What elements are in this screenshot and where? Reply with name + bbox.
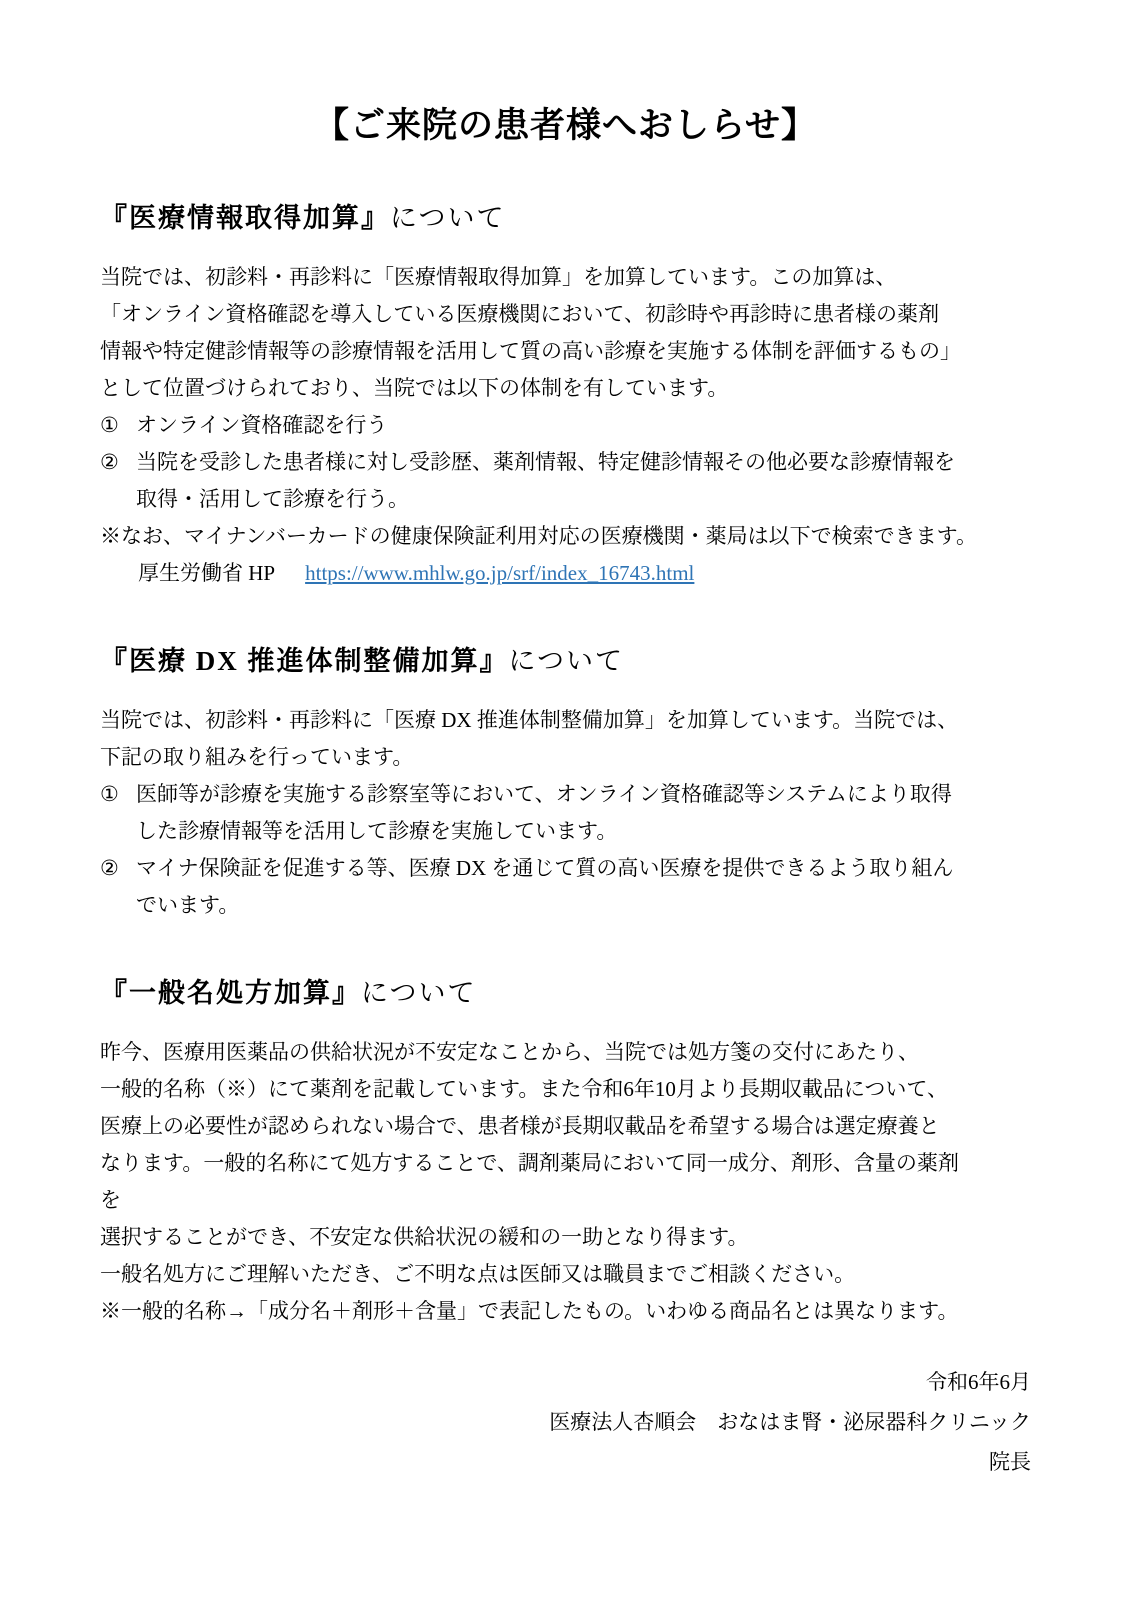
list-item-text: マイナ保険証を促進する等、医療 DX を通じて質の高い医療を提供できるよう取り組… (136, 850, 953, 924)
heading-suffix-text: について (390, 203, 505, 233)
section-medical-info-acquisition: 『医療情報取得加算』について 当院では、初診料・再診料に「医療情報取得加算」を加… (100, 201, 1031, 592)
circled-number: ① (100, 776, 136, 813)
list-item: ① 医師等が診療を実施する診察室等において、オンライン資格確認等システムにより取… (100, 776, 1031, 850)
mhlw-link-row: 厚生労働省 HPhttps://www.mhlw.go.jp/srf/index… (100, 555, 1031, 592)
section-generic-prescription: 『一般名処方加算』について 昨今、医療用医薬品の供給状況が不安定なことから、当院… (100, 976, 1031, 1330)
paragraph-line: でいます。 (136, 887, 953, 924)
paragraph-line: 一般的名称（※）にて薬剤を記載しています。また令和6年10月より長期収載品につい… (100, 1071, 1031, 1108)
paragraph-line: した診療情報等を活用して診療を実施しています。 (136, 813, 952, 850)
section-heading-medical-dx: 『医療 DX 推進体制整備加算』について (100, 644, 1031, 678)
paragraph-line: 医師等が診療を実施する診察室等において、オンライン資格確認等システムにより取得 (136, 776, 952, 813)
list-item-text: 医師等が診療を実施する診察室等において、オンライン資格確認等システムにより取得 … (136, 776, 952, 850)
section-heading-medical-info: 『医療情報取得加算』について (100, 201, 1031, 235)
paragraph-line: 当院では、初診料・再診料に「医療 DX 推進体制整備加算」を加算しています。当院… (100, 702, 1031, 739)
paragraph-line: 取得・活用して診療を行う。 (136, 481, 955, 518)
page-title: 【ご来院の患者様へおしらせ】 (100, 103, 1031, 149)
note-text: ※なお、マイナンバーカードの健康保険証利用対応の医療機関・薬局は以下で検索できま… (100, 518, 1031, 555)
section-body: 昨今、医療用医薬品の供給状況が不安定なことから、当院では処方箋の交付にあたり、 … (100, 1034, 1031, 1330)
paragraph-line: オンライン資格確認を行う (136, 407, 387, 444)
paragraph-line: なります。一般的名称にて処方することで、調剤薬局において同一成分、剤形、含量の薬… (100, 1145, 1031, 1182)
list-item: ① オンライン資格確認を行う (100, 407, 1031, 444)
section-medical-dx: 『医療 DX 推進体制整備加算』について 当院では、初診料・再診料に「医療 DX… (100, 644, 1031, 924)
paragraph-line: 当院では、初診料・再診料に「医療情報取得加算」を加算しています。この加算は、 (100, 259, 1031, 296)
circled-number: ① (100, 407, 136, 444)
circled-number: ② (100, 850, 136, 887)
heading-suffix-text: について (361, 978, 476, 1008)
heading-bracket-text: 『一般名処方加算』 (100, 978, 361, 1008)
list-item: ② マイナ保険証を促進する等、医療 DX を通じて質の高い医療を提供できるよう取… (100, 850, 1031, 924)
paragraph-line: 下記の取り組みを行っています。 (100, 739, 1031, 776)
circled-number: ② (100, 444, 136, 481)
paragraph-line: 情報や特定健診情報等の診療情報を活用して質の高い診療を実施する体制を評価するもの… (100, 333, 1031, 370)
organization-line: 医療法人杏順会 おなはま腎・泌尿器科クリニック (549, 1402, 1031, 1442)
paragraph-line: として位置づけられており、当院では以下の体制を有しています。 (100, 370, 1031, 407)
heading-bracket-text: 『医療情報取得加算』 (100, 203, 390, 233)
list-item: ② 当院を受診した患者様に対し受診歴、薬剤情報、特定健診情報その他必要な診療情報… (100, 444, 1031, 518)
section-intro: 当院では、初診料・再診料に「医療 DX 推進体制整備加算」を加算しています。当院… (100, 702, 1031, 776)
list-item-text: 当院を受診した患者様に対し受診歴、薬剤情報、特定健診情報その他必要な診療情報を … (136, 444, 955, 518)
paragraph-line: 「オンライン資格確認を導入している医療機関において、初診時や再診時に患者様の薬剤 (100, 296, 1031, 333)
paragraph-line: 当院を受診した患者様に対し受診歴、薬剤情報、特定健診情報その他必要な診療情報を (136, 444, 955, 481)
link-label: 厚生労働省 HP (138, 561, 275, 585)
paragraph-line: マイナ保険証を促進する等、医療 DX を通じて質の高い医療を提供できるよう取り組… (136, 850, 953, 887)
paragraph-line: 一般名処方にご理解いただき、ご不明な点は医師又は職員までご相談ください。 (100, 1256, 1031, 1293)
paragraph-line: 昨今、医療用医薬品の供給状況が不安定なことから、当院では処方箋の交付にあたり、 (100, 1034, 1031, 1071)
heading-suffix-text: について (509, 646, 624, 676)
section-intro: 当院では、初診料・再診料に「医療情報取得加算」を加算しています。この加算は、 「… (100, 259, 1031, 407)
paragraph-line: ※一般的名称→「成分名＋剤形＋含量」で表記したもの。いわゆる商品名とは異なります… (100, 1293, 1031, 1330)
paragraph-line: 選択することができ、不安定な供給状況の緩和の一助となり得ます。 (100, 1219, 1031, 1256)
signature-block: 令和6年6月 医療法人杏順会 おなはま腎・泌尿器科クリニック 院長 (549, 1362, 1031, 1482)
section-heading-generic-prescription: 『一般名処方加算』について (100, 976, 1031, 1010)
mhlw-link[interactable]: https://www.mhlw.go.jp/srf/index_16743.h… (305, 561, 694, 585)
notice-document: 【ご来院の患者様へおしらせ】 『医療情報取得加算』について 当院では、初診料・再… (0, 0, 1131, 1600)
paragraph-line: 医療上の必要性が認められない場合で、患者様が長期収載品を希望する場合は選定療養と (100, 1108, 1031, 1145)
paragraph-line: を (100, 1182, 1031, 1219)
heading-bracket-text: 『医療 DX 推進体制整備加算』 (100, 646, 509, 676)
list-item-text: オンライン資格確認を行う (136, 407, 387, 444)
signer-line: 院長 (549, 1442, 1031, 1482)
date-line: 令和6年6月 (549, 1362, 1031, 1402)
